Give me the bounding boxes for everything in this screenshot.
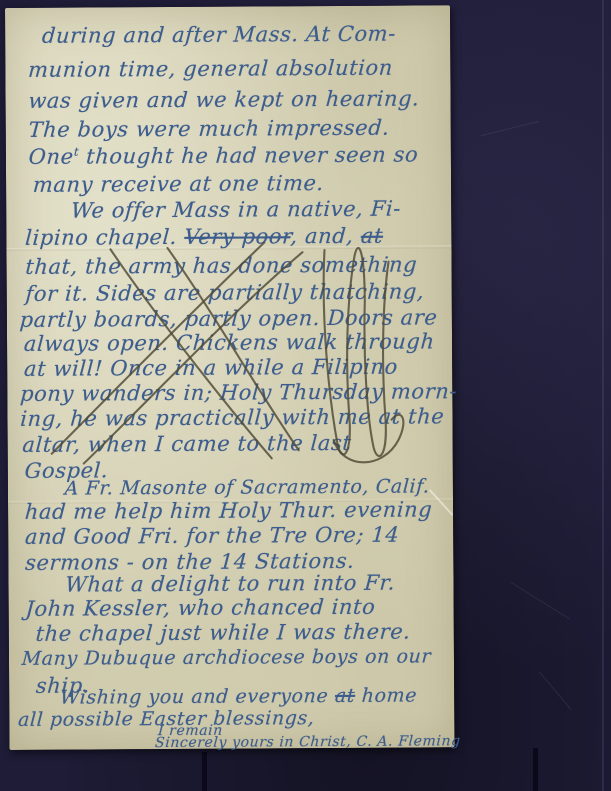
letter-line: What a delight to run into Fr. — [65, 571, 396, 597]
letter-line: the chapel just while I was there. — [35, 620, 411, 646]
letter-line: at will! Once in a while a Filipino — [23, 355, 398, 381]
letter-line: many receive at one time. — [32, 171, 324, 197]
handwriting-text: altar, when I came to the last — [22, 431, 352, 457]
handwriting-text: always open. Chickens walk through — [23, 329, 435, 356]
letter-line: ing, he was practically with me at the — [20, 404, 445, 431]
letter-line: We offer Mass in a native, Fi- — [70, 197, 401, 223]
letter-line: for it. Sides are partially thatching, — [25, 279, 425, 305]
letter-line: always open. Chickens walk through — [23, 329, 435, 356]
mat-edge-line — [602, 0, 604, 791]
letter-line: John Kessler, who chanced into — [25, 595, 376, 621]
handwriting-text: thought he had never seen so — [78, 142, 419, 168]
letter-line: had me help him Holy Thur. evening — [24, 497, 433, 523]
letter-line: Onet thought he had never seen so — [28, 142, 419, 168]
handwriting-text: We offer Mass in a native, Fi- — [70, 197, 401, 223]
letter-line: Many Dubuque archdiocese boys on our — [21, 645, 432, 670]
struck-out-text: at — [360, 224, 384, 248]
letter-line: lipino chapel. Very poor, and, at — [24, 224, 383, 250]
handwriting-text: home — [354, 684, 417, 706]
letter-line: partly boards, partly open. Doors are — [19, 305, 438, 332]
handwriting-text: The boys were much impressed. — [28, 116, 391, 142]
handwriting-text: Sincerely yours in Christ, C. A. Fleming — [155, 733, 462, 751]
letter-line: The boys were much impressed. — [28, 116, 391, 142]
letter-line: A Fr. Masonte of Sacramento, Calif. — [64, 475, 431, 499]
letter-line: Wishing you and everyone at home — [59, 684, 418, 708]
letter-page: during and after Mass. At Com-munion tim… — [5, 5, 455, 750]
handwriting-text: for it. Sides are partially thatching, — [25, 279, 425, 305]
handwriting-text: A Fr. Masonte of Sacramento, Calif. — [64, 475, 431, 499]
handwriting-text: and Good Fri. for the Tre Ore; 14 — [24, 523, 400, 549]
scanned-letter-photo: during and after Mass. At Com-munion tim… — [0, 0, 611, 791]
mat-seam-center — [533, 748, 538, 791]
mat-scratch — [539, 671, 572, 710]
handwriting-text: partly boards, partly open. Doors are — [19, 305, 438, 332]
letter-line: that, the army has done something — [25, 252, 418, 278]
letter-line: munion time, general absolution — [27, 56, 393, 82]
handwriting-text: was given and we kept on hearing. — [28, 86, 421, 112]
handwriting-text: One — [28, 145, 75, 169]
handwriting-text: had me help him Holy Thur. evening — [24, 497, 433, 523]
handwriting-text: pony wanders in; Holy Thursday morn- — [19, 379, 457, 406]
handwriting-text: Many Dubuque archdiocese boys on our — [21, 645, 432, 670]
handwriting-text: Wishing you and everyone — [59, 685, 335, 709]
struck-out-text: at — [334, 685, 356, 707]
struck-out-text: Very poor — [184, 224, 292, 249]
letter-line: was given and we kept on hearing. — [28, 86, 421, 112]
letter-line: altar, when I came to the last — [22, 431, 352, 457]
handwriting-text: lipino chapel. — [24, 225, 185, 250]
letter-text: during and after Mass. At Com-munion tim… — [5, 5, 455, 750]
handwriting-text: , and, — [290, 224, 362, 248]
mat-scratch — [481, 121, 539, 136]
letter-line: and Good Fri. for the Tre Ore; 14 — [24, 523, 400, 549]
letter-line: during and after Mass. At Com- — [41, 22, 396, 48]
letter-line: Sincerely yours in Christ, C. A. Fleming — [155, 733, 462, 751]
handwriting-text: at will! Once in a while a Filipino — [23, 355, 398, 381]
letter-line: pony wanders in; Holy Thursday morn- — [19, 379, 457, 406]
handwriting-text: What a delight to run into Fr. — [65, 571, 396, 597]
handwriting-text: during and after Mass. At Com- — [41, 22, 396, 48]
mat-seam-left — [202, 752, 207, 791]
handwriting-text: ing, he was practically with me at the — [20, 404, 445, 431]
mat-scratch — [510, 582, 570, 620]
handwriting-text: John Kessler, who chanced into — [25, 595, 376, 621]
handwriting-text: that, the army has done something — [25, 252, 418, 278]
handwriting-text: the chapel just while I was there. — [35, 620, 411, 646]
handwriting-text: munion time, general absolution — [27, 56, 393, 82]
handwriting-text: many receive at one time. — [32, 171, 324, 197]
